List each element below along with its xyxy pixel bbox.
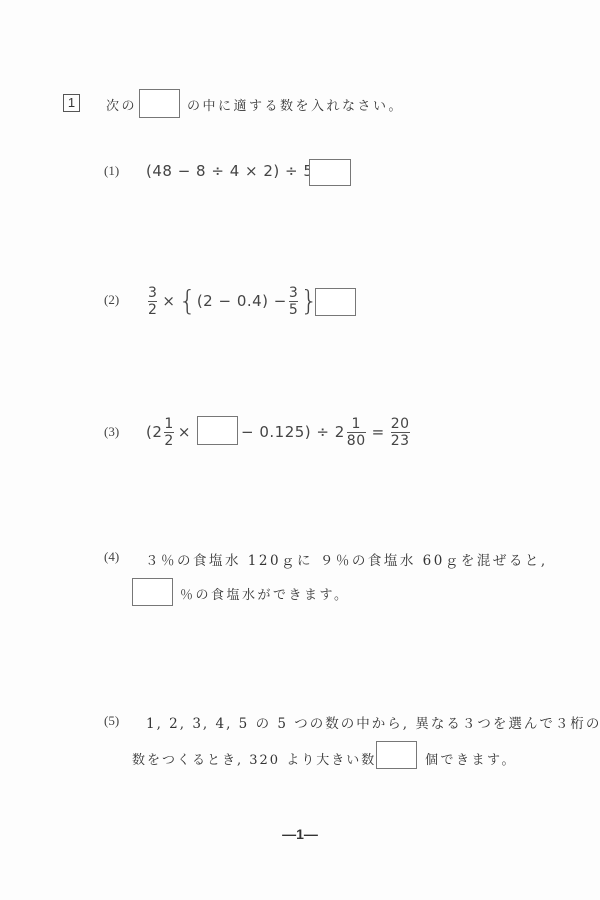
denominator: 5 [289,302,298,318]
problem-3-answer-box[interactable] [197,416,238,445]
problem-5-line-2-before: 数をつくるとき, 320 より大きい数は [132,749,391,768]
problem-4-answer-box[interactable] [132,578,173,606]
times-sign: × [178,423,191,441]
denominator: 80 [347,433,366,449]
problem-2-answer-box[interactable] [315,288,356,316]
fraction-1-80: 1 80 [347,416,366,449]
problem-2-label: (2) [104,292,119,308]
problem-2-expression: 3 2 × { (2 − 0.4) − 3 5 } = [146,283,336,319]
section-number-box: 1 [63,94,80,112]
numerator: 3 [148,285,157,301]
times-sign: × [162,292,175,310]
problem-4-line-2: ％の食塩水ができます。 [180,584,349,603]
problem-1-answer-box[interactable] [309,159,351,186]
denominator: 2 [164,433,173,449]
problem-3-expression-left: (2 1 2 × [146,414,191,450]
open-brace: { [179,287,197,315]
expression-middle: − 0.125) ÷ 2 [241,423,345,441]
problem-1-label: (1) [104,163,119,179]
problem-4-line-1: ３％の食塩水 120ｇに ９％の食塩水 60ｇを混ぜると, [145,549,548,569]
problem-5-answer-box[interactable] [376,741,417,769]
instruction-suffix: の中に適する数を入れなさい。 [187,95,404,114]
equals-sign: = [372,423,385,441]
fraction-1-2: 1 2 [164,416,173,449]
problem-5-line-1: 1, 2, 3, 4, 5 の 5 つの数の中から, 異なる３つを選んで３桁の [146,712,600,732]
numerator: 1 [351,416,360,432]
problem-5-label: (5) [104,713,119,729]
open-paren-two: (2 [146,423,162,441]
page-number: —1— [0,826,600,842]
fraction-3-2: 3 2 [148,285,157,318]
denominator: 2 [148,302,157,318]
numerator: 20 [391,416,410,432]
problem-1-expression: (48 − 8 ÷ 4 × 2) ÷ 5 = [146,162,332,180]
problem-3-expression-right: − 0.125) ÷ 2 1 80 = 20 23 [241,414,412,450]
fraction-3-5: 3 5 [289,285,298,318]
numerator: 3 [289,285,298,301]
problem-3-label: (3) [104,424,119,440]
fraction-20-23: 20 23 [391,416,410,449]
inner-expression: (2 − 0.4) − [197,292,287,310]
example-answer-box [139,89,180,118]
denominator: 23 [391,433,410,449]
instruction-prefix: 次の [106,95,137,114]
problem-4-label: (4) [104,549,119,565]
problem-5-line-2-after: 個できます。 [425,749,517,768]
numerator: 1 [164,416,173,432]
